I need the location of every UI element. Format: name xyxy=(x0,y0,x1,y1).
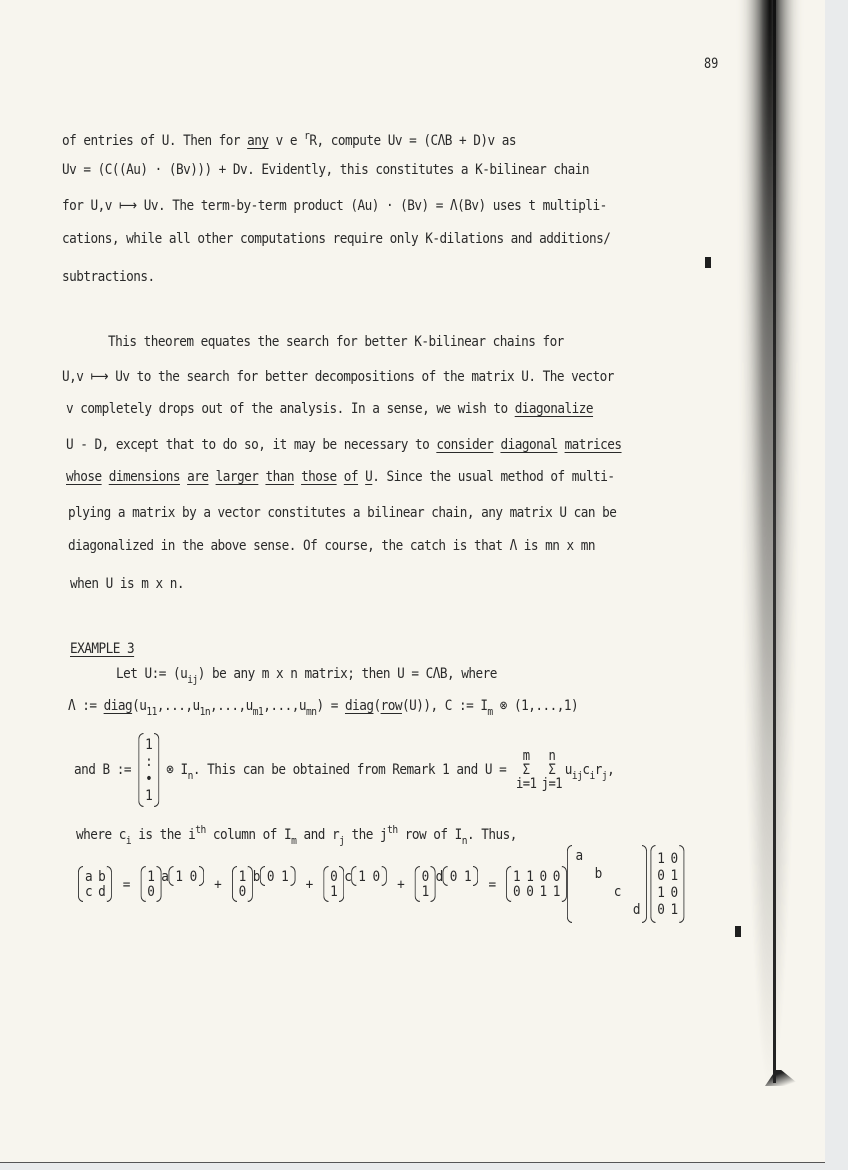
binding-shadow xyxy=(735,0,805,1090)
matrix-B: 10011001 xyxy=(650,845,684,923)
sum-j: nΣj=1 xyxy=(542,749,562,791)
ones-vector: 1:•1 xyxy=(138,733,159,807)
para2-line3: v completely drops out of the analysis. … xyxy=(66,400,593,418)
para2-line5: whose dimensions are larger than those o… xyxy=(66,468,614,486)
term3-col: 01 xyxy=(323,866,344,902)
matrix-Lambda: abcd xyxy=(567,845,647,923)
example-heading: EXAMPLE 3 xyxy=(70,640,134,658)
para1-line5: subtractions. xyxy=(62,268,155,286)
term2-col: 10 xyxy=(232,866,253,902)
example-line1: Let U:= (uij) be any m x n matrix; then … xyxy=(116,665,497,683)
para1-line3: for U,v ⟼ Uv. The term-by-term product (… xyxy=(62,197,607,215)
para1-line2: Uv = (C((Au) · (Bv))) + Dv. Evidently, t… xyxy=(62,161,589,179)
qed-mark xyxy=(705,257,711,268)
sum-i: mΣi=1 xyxy=(516,749,536,791)
para1-line1: of entries of U. Then for any v e rR, co… xyxy=(62,132,516,150)
para2-line1: This theorem equates the search for bett… xyxy=(108,333,564,351)
display-equation: abcd = 10a1 0 + 10b0 1 + 01c1 0 + 01d0 1… xyxy=(78,846,685,922)
matrix-C: 11000011 xyxy=(506,866,567,902)
para2-line4: U - D, except that to do so, it may be n… xyxy=(66,436,622,454)
matrix-lhs: abcd xyxy=(78,866,112,902)
para1-line4: cations, while all other computations re… xyxy=(62,230,610,248)
para2-line8: when U is m x n. xyxy=(70,575,184,593)
example-line2: Λ := diag(u11,...,u1n,...,um1,...,umn) =… xyxy=(68,697,578,715)
example-line3: and B := 1:•1 ⊗ In. This can be obtained… xyxy=(74,733,614,807)
term4-col: 01 xyxy=(415,866,436,902)
scanned-page: 89 of entries of U. Then for any v e rR,… xyxy=(0,0,825,1162)
para2-line2: U,v ⟼ Uv to the search for better decomp… xyxy=(62,368,614,386)
page-number: 89 xyxy=(704,56,718,72)
binding-edge xyxy=(773,0,776,1083)
para2-line6: plying a matrix by a vector constitutes … xyxy=(68,504,616,522)
para2-line7: diagonalized in the above sense. Of cour… xyxy=(68,537,595,555)
example-line4: where ci is the ith column of Im and rj … xyxy=(76,826,517,844)
qed-mark-2 xyxy=(735,926,741,937)
term1-col: 10 xyxy=(140,866,161,902)
